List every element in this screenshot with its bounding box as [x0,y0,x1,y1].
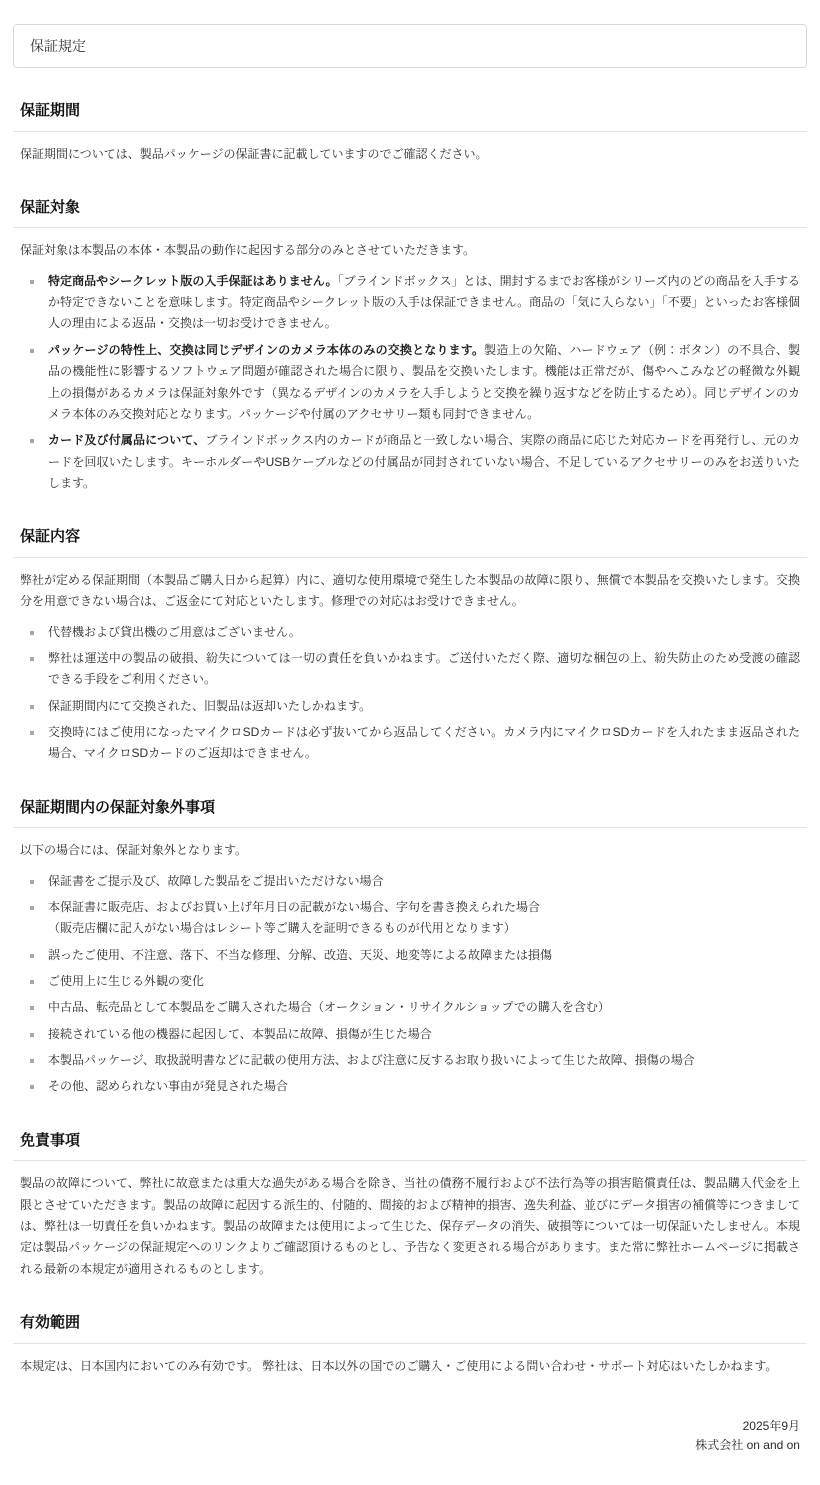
list-item: ご使用上に生じる外観の変化 [20,971,800,992]
bullet-list: 保証書をご提示及び、故障した製品をご提出いただけない場合本保証書に販売店、および… [20,871,800,1098]
list-item: 弊社は運送中の製品の破損、紛失については一切の責任を負いかねます。ご送付いただく… [20,648,800,691]
list-item: 保証書をご提示及び、故障した製品をご提出いただけない場合 [20,871,800,892]
list-item-lead: カード及び付属品について、 [48,433,205,447]
bullet-list: 特定商品やシークレット版の入手保証はありません。「ブラインドボックス」とは、開封… [20,271,800,495]
section-scope: 有効範囲本規定は、日本国内においてのみ有効です。 弊社は、日本以外の国でのご購入… [13,1313,807,1377]
section-heading: 保証期間内の保証対象外事項 [20,798,800,818]
list-item: 特定商品やシークレット版の入手保証はありません。「ブラインドボックス」とは、開封… [20,271,800,335]
list-item: 保証期間内にて交換された、旧製品は返却いたしかねます。 [20,696,800,717]
list-item: その他、認められない事由が発見された場合 [20,1076,800,1097]
list-item: カード及び付属品について、ブラインドボックス内のカードが商品と一致しない場合、実… [20,430,800,494]
paragraph: 製品の故障について、弊社に故意または重大な過失がある場合を除き、当社の債務不履行… [20,1173,800,1280]
list-item-subnote: （販売店欄に記入がない場合はレシート等ご購入を証明できるものが代用となります） [48,918,800,939]
section-exclusions-within-warranty: 保証期間内の保証対象外事項以下の場合には、保証対象外となります。保証書をご提示及… [13,798,807,1098]
section-warranty-content: 保証内容弊社が定める保証期間（本製品ご購入日から起算）内に、適切な使用環境で発生… [13,527,807,764]
paragraph: 弊社が定める保証期間（本製品ご購入日から起算）内に、適切な使用環境で発生した本製… [20,570,800,613]
section-heading: 保証対象 [20,198,800,218]
list-item: パッケージの特性上、交換は同じデザインのカメラ本体のみの交換となります。製造上の… [20,340,800,425]
section-heading: 有効範囲 [20,1313,800,1333]
paragraph: 保証期間については、製品パッケージの保証書に記載していますのでご確認ください。 [20,144,800,165]
section-divider [13,1343,807,1344]
list-item: 誤ったご使用、不注意、落下、不当な修理、分解、改造、天災、地変等による故障または… [20,945,800,966]
list-item: 本製品パッケージ、取扱説明書などに記載の使用方法、および注意に反するお取り扱いに… [20,1050,800,1071]
section-divider [13,827,807,828]
list-item: 本保証書に販売店、およびお買い上げ年月日の記載がない場合、字句を書き換えられた場… [20,897,800,940]
list-item-lead: 特定商品やシークレット版の入手保証はありません。 [48,274,338,288]
page-title: 保証規定 [30,38,86,54]
paragraph: 保証対象は本製品の本体・本製品の動作に起因する部分のみとさせていただきます。 [20,240,800,261]
sections: 保証期間保証期間については、製品パッケージの保証書に記載していますのでご確認くだ… [13,101,807,1377]
section-divider [13,557,807,558]
bullet-list: 代替機および貸出機のご用意はございません。弊社は運送中の製品の破損、紛失について… [20,622,800,765]
page-title-box: 保証規定 [13,24,807,68]
section-warranty-period: 保証期間保証期間については、製品パッケージの保証書に記載していますのでご確認くだ… [13,101,807,165]
section-disclaimer: 免責事項製品の故障について、弊社に故意または重大な過失がある場合を除き、当社の債… [13,1131,807,1280]
section-warranty-coverage: 保証対象保証対象は本製品の本体・本製品の動作に起因する部分のみとさせていただきま… [13,198,807,494]
list-item: 接続されている他の機器に起因して、本製品に故障、損傷が生じた場合 [20,1024,800,1045]
section-heading: 免責事項 [20,1131,800,1151]
footer-date: 2025年9月 [13,1417,800,1436]
paragraph: 本規定は、日本国内においてのみ有効です。 弊社は、日本以外の国でのご購入・ご使用… [20,1356,800,1377]
section-divider [13,131,807,132]
section-divider [13,1160,807,1161]
section-heading: 保証内容 [20,527,800,547]
footer-company: 株式会社 on and on [13,1436,800,1455]
list-item: 代替機および貸出機のご用意はございません。 [20,622,800,643]
warranty-terms-page: 保証規定 保証期間保証期間については、製品パッケージの保証書に記載していますので… [0,0,820,1485]
footer: 2025年9月 株式会社 on and on [13,1417,807,1455]
list-item: 交換時にはご使用になったマイクロSDカードは必ず抜いてから返品してください。カメ… [20,722,800,765]
list-item: 中古品、転売品として本製品をご購入された場合（オークション・リサイクルショップで… [20,997,800,1018]
list-item-lead: パッケージの特性上、交換は同じデザインのカメラ本体のみの交換となります。 [48,343,484,357]
paragraph: 以下の場合には、保証対象外となります。 [20,840,800,861]
section-heading: 保証期間 [20,101,800,121]
section-divider [13,227,807,228]
